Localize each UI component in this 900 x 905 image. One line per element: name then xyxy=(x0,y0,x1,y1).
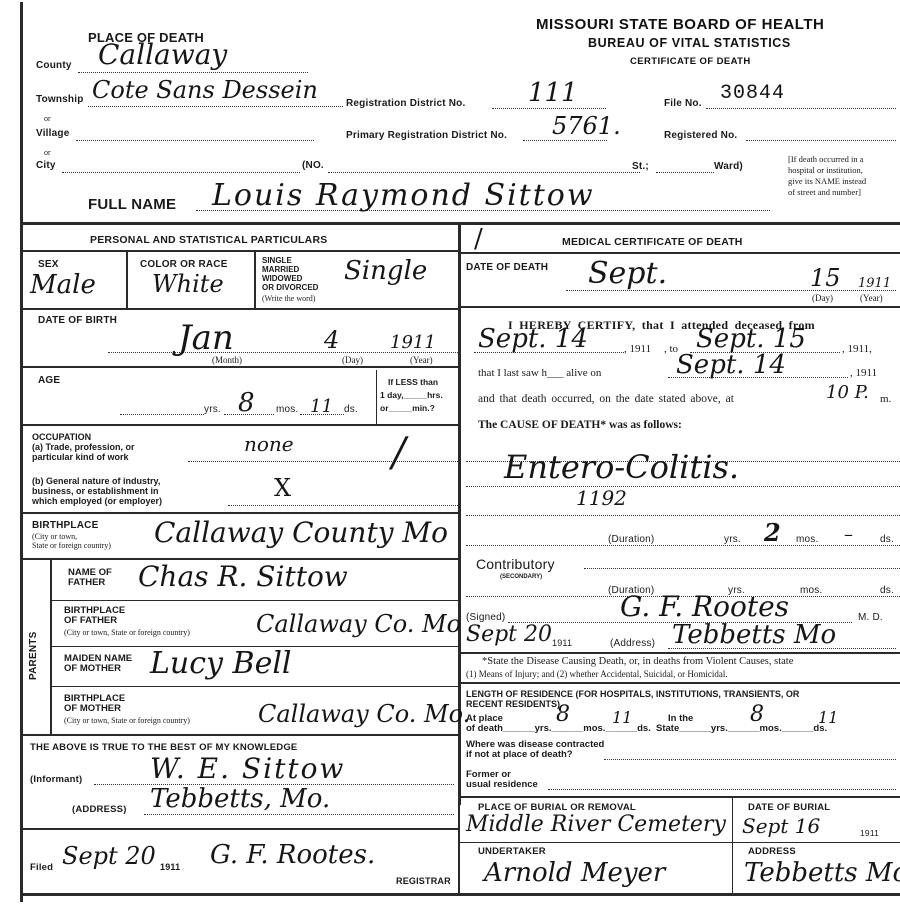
secondary-caption: (SECONDARY) xyxy=(500,573,542,582)
registration-district-label: Registration District No. xyxy=(346,98,465,109)
death-day-caption: (Day) xyxy=(812,293,833,303)
md-label: M. D. xyxy=(858,612,883,623)
informant-bottom-rule xyxy=(20,828,458,830)
duration-yrs-caption: yrs. xyxy=(724,534,741,545)
hospital-note: [If death occurred in a hospital or inst… xyxy=(788,154,866,198)
filed-label: Filed xyxy=(30,862,53,873)
city-label: City xyxy=(36,160,56,171)
document-title: MISSOURI STATE BOARD OF HEALTH xyxy=(536,16,824,33)
father-birthplace-hint: (City or town, State or foreign country) xyxy=(64,628,190,637)
certificate-type: CERTIFICATE OF DEATH xyxy=(630,56,751,67)
father-name-value[interactable]: Chas R. Sittow xyxy=(138,560,348,593)
township-line xyxy=(88,106,343,107)
ditto-mark: / xyxy=(392,430,405,476)
file-no-label: File No. xyxy=(664,98,702,109)
cause-note-value: 1192 xyxy=(576,486,627,510)
age-years-line xyxy=(120,414,204,415)
filing-divider xyxy=(458,805,460,893)
state-days-value[interactable]: 11 xyxy=(818,708,838,727)
mother-name-value[interactable]: Lucy Bell xyxy=(150,646,292,681)
burial-divider xyxy=(732,798,733,893)
in-state-label: In the State______yrs.______mos.______ds… xyxy=(656,714,827,734)
footnote-2: (1) Means of Injury; and (2) whether Acc… xyxy=(466,669,728,679)
former-residence-line xyxy=(548,789,896,790)
mother-name-rule xyxy=(50,686,458,687)
signed-year: 1911 xyxy=(552,638,572,648)
occupation-row-rule xyxy=(20,512,458,514)
footnote-rule xyxy=(458,682,900,684)
duration-mos-value[interactable]: 2 xyxy=(764,518,781,547)
undertaker-value[interactable]: Arnold Meyer xyxy=(484,858,665,888)
informant-value[interactable]: W. E. Sittow xyxy=(150,752,345,785)
mother-birthplace-value[interactable]: Callaway Co. Mo. xyxy=(258,700,470,728)
mother-birthplace-label: BIRTHPLACE OF MOTHER xyxy=(64,694,125,714)
last-saw-label: that I last saw h___ alive on xyxy=(478,367,601,379)
dob-year-caption: (Year) xyxy=(410,355,433,365)
death-year-value[interactable]: 1911 xyxy=(858,276,891,291)
burial-date-label: DATE OF BURIAL xyxy=(748,802,830,813)
duration-line xyxy=(466,545,900,546)
bottom-border xyxy=(20,893,900,896)
industry-line xyxy=(228,505,458,506)
parents-bottom-rule xyxy=(20,734,458,736)
age-mos-caption: mos. xyxy=(276,404,298,415)
village-label: Village xyxy=(36,128,69,139)
duration-label: (Duration) xyxy=(608,534,654,545)
medical-section-heading: MEDICAL CERTIFICATE OF DEATH xyxy=(562,236,743,248)
industry-label: (b) General nature of industry, business… xyxy=(32,476,162,506)
file-no-line xyxy=(706,108,896,109)
township-value[interactable]: Cote Sans Dessein xyxy=(92,76,318,104)
informant-address-line xyxy=(144,814,454,815)
bureau-subtitle: BUREAU OF VITAL STATISTICS xyxy=(588,36,791,50)
duration-ds-caption: ds. xyxy=(880,534,894,545)
sex-row-rule xyxy=(20,308,458,310)
marital-value[interactable]: Single xyxy=(344,256,427,286)
personal-section-heading: PERSONAL AND STATISTICAL PARTICULARS xyxy=(90,234,327,246)
attended-from-value[interactable]: Sept. 14 xyxy=(478,324,588,354)
primary-district-value[interactable]: 5761. xyxy=(552,112,621,140)
or-label-1: or xyxy=(44,114,51,123)
age-yrs-caption: yrs. xyxy=(204,404,221,415)
county-label: County xyxy=(36,60,72,71)
undertaker-address-value[interactable]: Tebbetts Mo xyxy=(744,858,900,888)
cause-line-2 xyxy=(466,486,900,487)
contrib-mos-caption: mos. xyxy=(800,585,822,596)
contributory-label: Contributory xyxy=(476,556,555,572)
county-value[interactable]: Callaway xyxy=(98,38,227,71)
contracted-label: Where was disease contracted if not at p… xyxy=(466,740,604,760)
sex-label: SEX xyxy=(38,259,59,270)
informant-label: (Informant) xyxy=(30,774,82,785)
marital-options: SINGLE MARRIED WIDOWED OR DIVORCED xyxy=(262,256,318,292)
filed-date-value[interactable]: Sept 20 xyxy=(62,842,156,870)
death-day-value[interactable]: 15 xyxy=(810,264,841,292)
age-months-value[interactable]: 8 xyxy=(238,388,255,418)
death-occurred-label: and that death occurred, on the date sta… xyxy=(478,393,734,405)
place-days-value[interactable]: 11 xyxy=(612,708,632,727)
industry-value[interactable]: X xyxy=(274,474,291,502)
primary-district-label: Primary Registration District No. xyxy=(346,130,507,141)
birthplace-hint: (City or town, State or foreign country) xyxy=(32,532,111,550)
age-row-rule xyxy=(20,424,458,426)
burial-place-value[interactable]: Middle River Cemetery xyxy=(466,812,726,837)
contributory-line xyxy=(584,568,900,569)
dob-day-value[interactable]: 4 xyxy=(324,326,339,354)
file-no-value: 30844 xyxy=(720,82,785,105)
registrar-label: REGISTRAR xyxy=(396,876,451,886)
full-name-label: FULL NAME xyxy=(88,196,176,213)
last-saw-value[interactable]: Sept. 14 xyxy=(676,350,786,380)
footnote-1: *State the Disease Causing Death, or, in… xyxy=(482,656,793,667)
village-line xyxy=(76,140,314,141)
occupation-line xyxy=(188,461,458,462)
burial-date-value[interactable]: Sept 16 xyxy=(742,814,820,838)
attended-from-year: , 1911 xyxy=(624,343,651,355)
street-line xyxy=(328,172,640,173)
race-value[interactable]: White xyxy=(152,270,224,298)
registered-no-line xyxy=(746,140,896,141)
sex-race-divider xyxy=(126,250,128,308)
last-saw-year: , 1911 xyxy=(850,367,877,379)
cause-of-death-value[interactable]: Entero-Colitis. xyxy=(504,448,739,486)
birthplace-value[interactable]: Callaway County Mo xyxy=(154,516,448,549)
dob-day-caption: (Day) xyxy=(342,355,363,365)
dob-month-value[interactable]: Jan xyxy=(178,318,234,358)
registration-district-value[interactable]: 111 xyxy=(528,78,578,108)
no-label: (NO. xyxy=(302,160,324,171)
place-months-value[interactable]: 8 xyxy=(556,702,570,727)
mother-birthplace-hint: (City or town, State or foreign country) xyxy=(64,716,190,725)
dob-year-value[interactable]: 1911 xyxy=(390,332,436,353)
filed-year-value: 1911 xyxy=(160,862,180,872)
dob-month-caption: (Month) xyxy=(212,355,242,365)
st-label: St.; xyxy=(632,161,649,172)
date-of-death-rule xyxy=(458,306,900,308)
physician-address-label: (Address) xyxy=(610,638,655,649)
sex-value[interactable]: Male xyxy=(30,270,96,300)
race-marital-divider xyxy=(254,250,256,308)
physician-address-value[interactable]: Tebbetts Mo xyxy=(672,620,836,650)
ward-label: Ward) xyxy=(714,161,743,172)
or-label-2: or xyxy=(44,148,51,157)
marital-hint: (Write the word) xyxy=(262,294,315,303)
death-year-caption: (Year) xyxy=(860,293,883,303)
father-name-label: NAME OF FATHER xyxy=(68,568,112,588)
full-name-value[interactable]: Louis Raymond Sittow xyxy=(212,178,595,213)
contrib-ds-caption: ds. xyxy=(880,585,894,596)
cause-line-3 xyxy=(466,515,900,516)
medical-heading-rule xyxy=(458,252,900,254)
dob-label: DATE OF BIRTH xyxy=(38,315,117,326)
burial-mid-rule xyxy=(458,842,900,843)
residence-bottom-rule xyxy=(458,796,900,798)
tick-mark: / xyxy=(474,224,483,254)
dob-row-rule xyxy=(20,366,458,368)
race-label: COLOR OR RACE xyxy=(140,259,228,270)
physician-signature[interactable]: G. F. Rootes xyxy=(620,590,789,623)
death-time-value[interactable]: 10 P. xyxy=(826,382,869,403)
cause-of-death-label: The CAUSE OF DEATH* was as follows: xyxy=(478,419,682,431)
age-label: AGE xyxy=(38,375,60,386)
m-label: m. xyxy=(880,393,891,405)
birthplace-label: BIRTHPLACE xyxy=(32,520,98,531)
father-name-rule xyxy=(50,600,458,601)
duration-ds-value[interactable]: – xyxy=(844,524,853,545)
registered-no-label: Registered No. xyxy=(664,130,737,141)
personal-heading-rule xyxy=(20,250,458,252)
mother-name-label: MAIDEN NAME OF MOTHER xyxy=(64,654,132,674)
duration-mos-caption: mos. xyxy=(796,534,818,545)
occupation-value[interactable]: none xyxy=(244,432,294,456)
father-birthplace-value[interactable]: Callaway Co. Mo xyxy=(256,610,461,638)
registration-district-line xyxy=(492,108,606,109)
state-months-value[interactable]: 8 xyxy=(750,702,764,727)
contracted-line xyxy=(604,759,896,760)
date-of-death-label: DATE OF DEATH xyxy=(466,262,548,273)
ward-line xyxy=(656,172,714,173)
occupation-label: OCCUPATION (a) Trade, profession, or par… xyxy=(32,432,135,462)
township-label: Township xyxy=(36,94,84,105)
burial-year: 1911 xyxy=(860,828,879,838)
signed-date-value[interactable]: Sept 20 xyxy=(466,622,552,647)
primary-district-line xyxy=(523,140,607,141)
father-birthplace-label: BIRTHPLACE OF FATHER xyxy=(64,606,125,626)
less-than-divider xyxy=(376,370,377,424)
attended-to-year: , 1911, xyxy=(842,343,872,355)
former-residence-label: Former or usual residence xyxy=(466,770,538,790)
informant-address-label: (ADDRESS) xyxy=(72,804,127,815)
informant-address-value[interactable]: Tebbetts, Mo. xyxy=(150,784,330,814)
city-line xyxy=(62,172,300,173)
less-than-box: If LESS than 1 day,_____hrs. or_____min.… xyxy=(380,376,443,415)
death-month-value[interactable]: Sept. xyxy=(588,256,667,291)
left-border xyxy=(20,2,23,902)
undertaker-address-label: ADDRESS xyxy=(748,846,796,857)
registrar-signature[interactable]: G. F. Rootes. xyxy=(210,840,375,870)
age-days-value[interactable]: 11 xyxy=(310,396,333,417)
undertaker-label: UNDERTAKER xyxy=(478,846,546,857)
parents-side-label: PARENTS xyxy=(28,632,39,680)
county-line xyxy=(78,72,308,73)
age-ds-caption: ds. xyxy=(344,404,358,415)
signed-rule xyxy=(458,652,900,654)
